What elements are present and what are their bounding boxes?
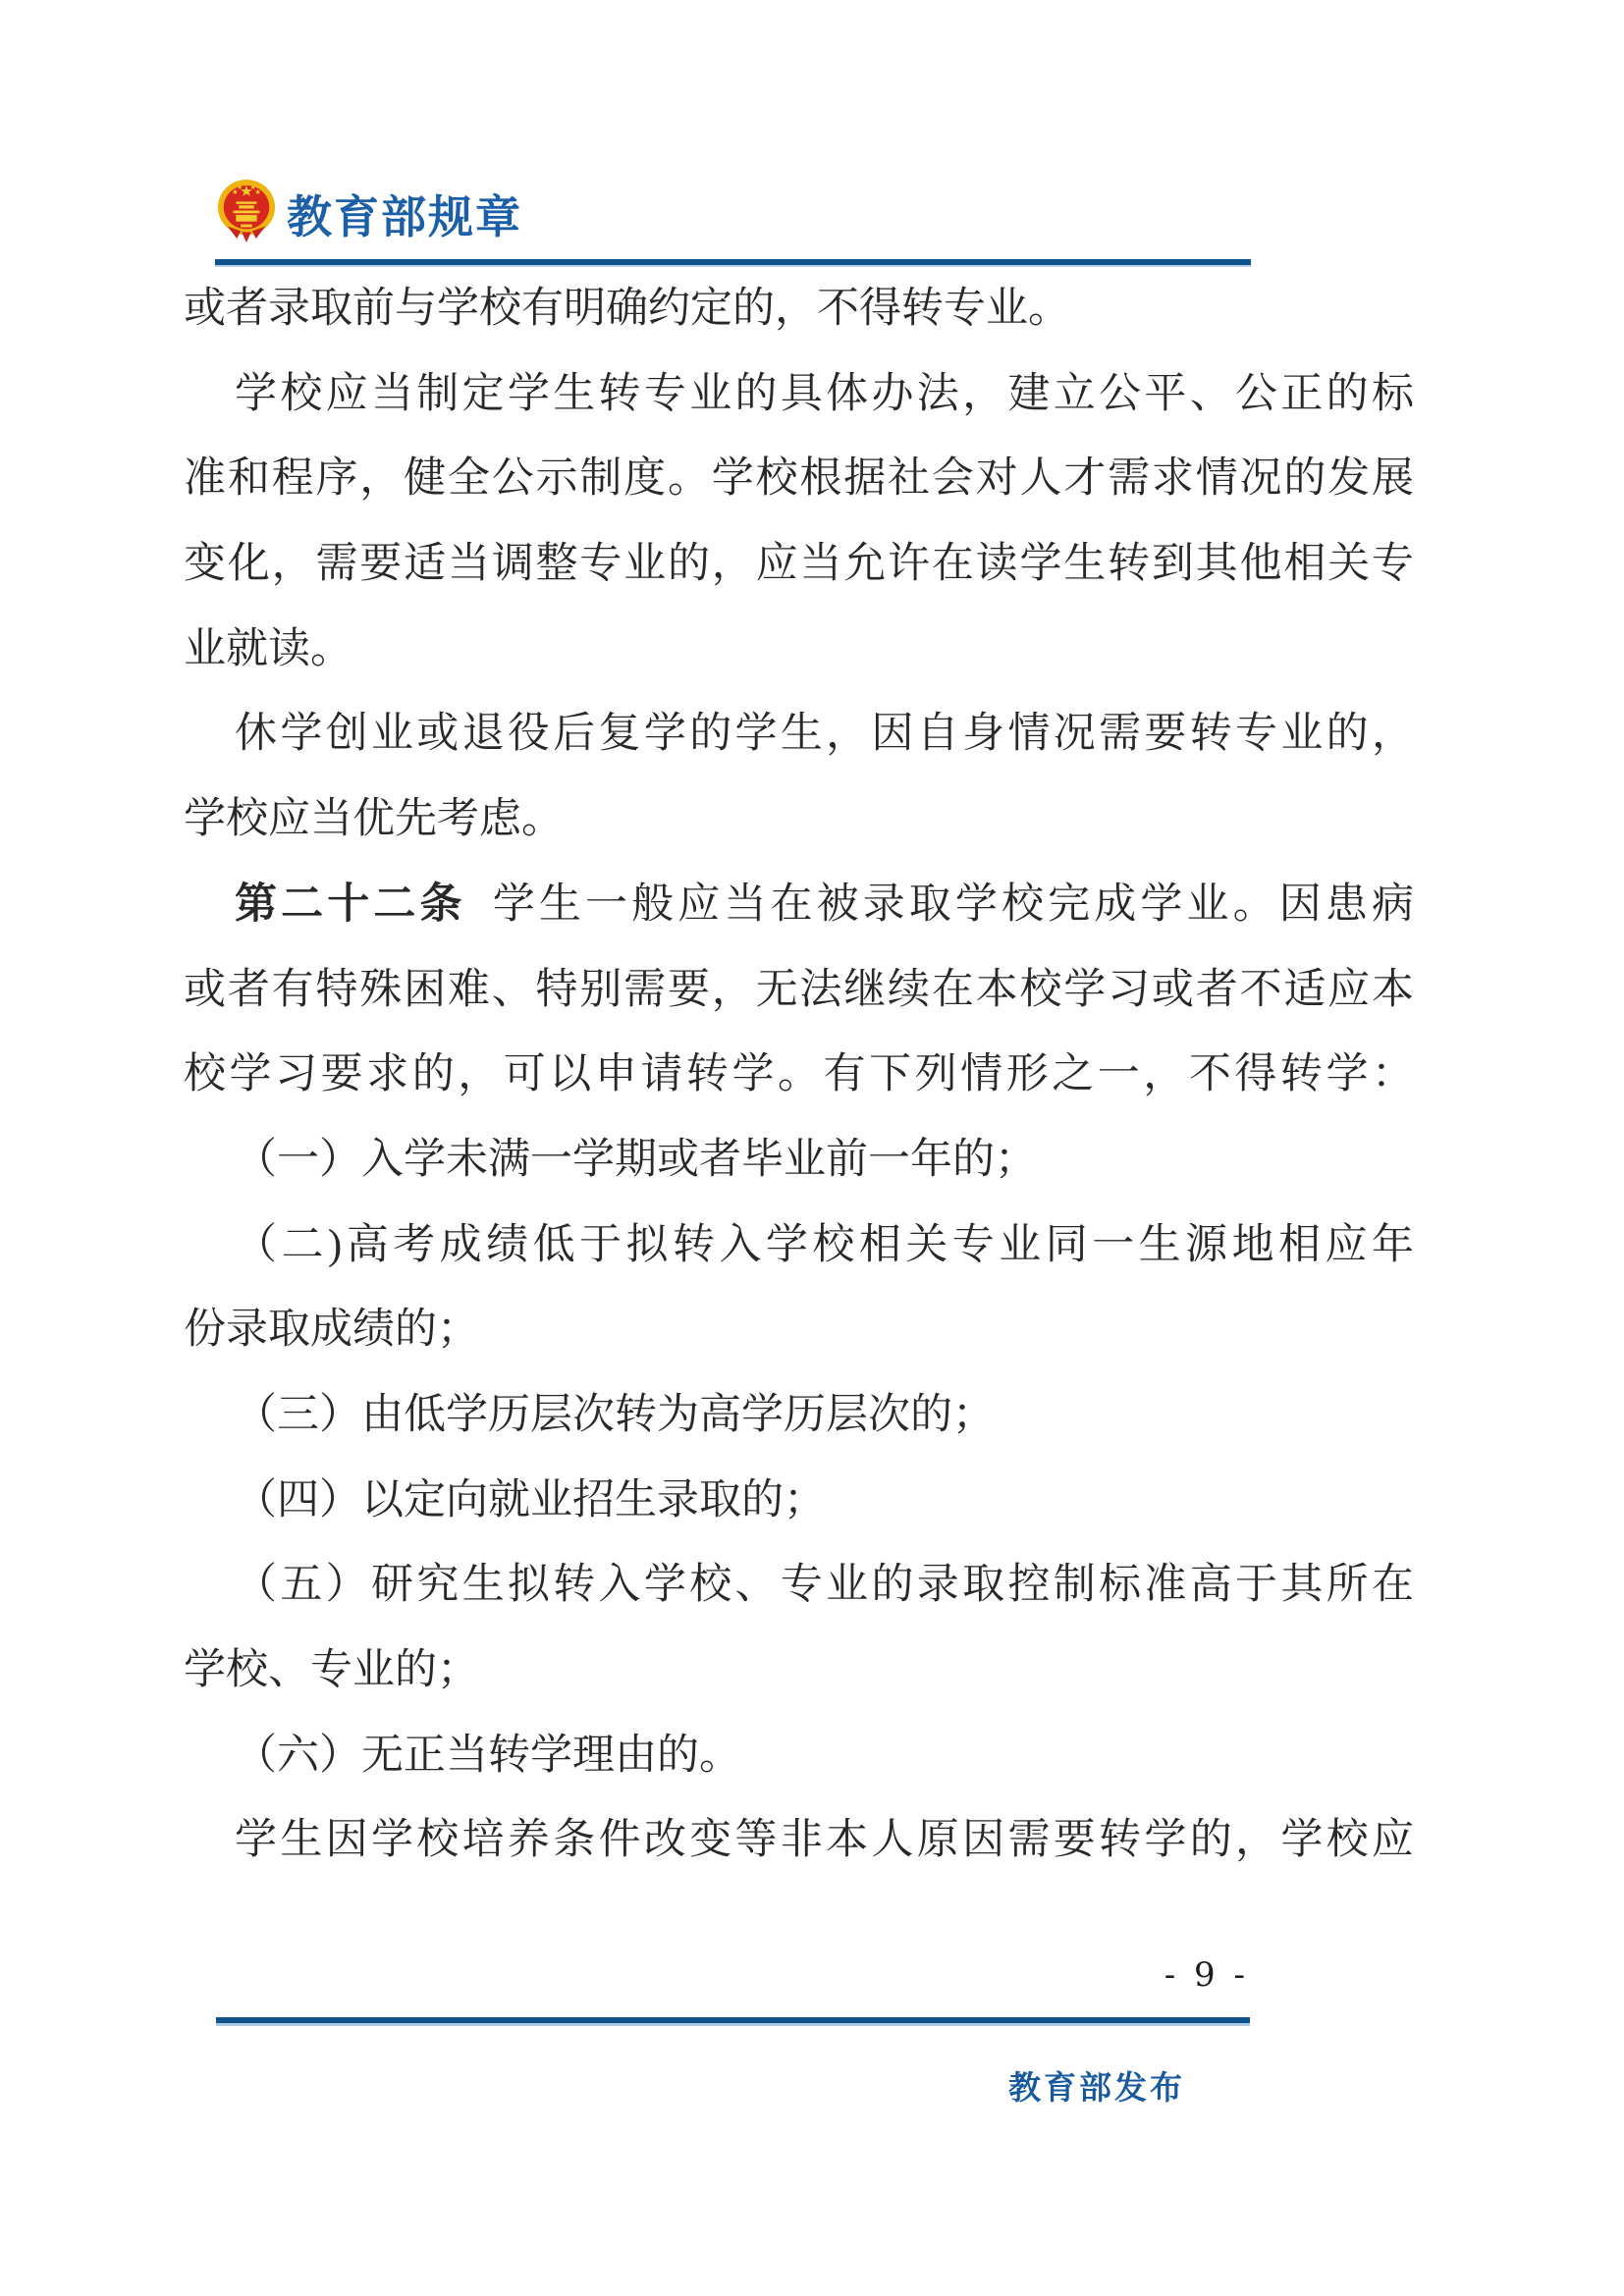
text-line: 份录取成绩的； [184, 1288, 1414, 1373]
publisher-label: 教育部发布 [1008, 2062, 1185, 2109]
text-line: 休学创业或退役后复学的学生，因自身情况需要转专业的， [184, 692, 1414, 777]
text-line: 校学习要求的，可以申请转学。有下列情形之一，不得转学： [184, 1033, 1414, 1118]
page-number: - 9 - [1164, 1955, 1249, 1995]
document-body: 或者录取前与学校有明确约定的，不得转专业。学校应当制定学生转专业的具体办法，建立… [184, 267, 1414, 1884]
footer-rule [216, 2017, 1250, 2026]
text-line: （六）无正当转学理由的。 [184, 1714, 1414, 1799]
document-page: 教育部规章 或者录取前与学校有明确约定的，不得转专业。学校应当制定学生转专业的具… [0, 0, 1624, 2296]
text-line: （一）入学未满一学期或者毕业前一年的； [184, 1118, 1414, 1203]
text-line: （四）以定向就业招生录取的； [184, 1459, 1414, 1544]
header-rule [215, 259, 1251, 267]
text-line: （三）由低学历层次转为高学历层次的； [184, 1373, 1414, 1459]
text-line: 第二十二条学生一般应当在被录取学校完成学业。因患病 [184, 863, 1414, 948]
text-line: 学生因学校培养条件改变等非本人原因需要转学的，学校应 [184, 1798, 1414, 1884]
text-line: 或者录取前与学校有明确约定的，不得转专业。 [184, 267, 1414, 352]
text-line: 业就读。 [184, 608, 1414, 693]
line-text: 学生一般应当在被录取学校完成学业。因患病 [489, 881, 1414, 928]
text-line: 学校应当优先考虑。 [184, 777, 1414, 863]
text-line: （五）研究生拟转入学校、专业的录取控制标准高于其所在 [184, 1543, 1414, 1629]
text-line: 学校应当制定学生转专业的具体办法，建立公平、公正的标 [184, 352, 1414, 438]
article-number: 第二十二条 [235, 881, 466, 928]
text-line: 准和程序，健全公示制度。学校根据社会对人才需求情况的发展 [184, 437, 1414, 522]
text-line: 或者有特殊困难、特别需要，无法继续在本校学习或者不适应本 [184, 948, 1414, 1034]
text-line: 学校、专业的； [184, 1629, 1414, 1714]
china-national-emblem-icon [216, 179, 277, 243]
text-line: （二)高考成绩低于拟转入学校相关专业同一生源地相应年 [184, 1203, 1414, 1289]
header-title: 教育部规章 [287, 193, 522, 242]
text-line: 变化，需要适当调整专业的，应当允许在读学生转到其他相关专 [184, 522, 1414, 608]
